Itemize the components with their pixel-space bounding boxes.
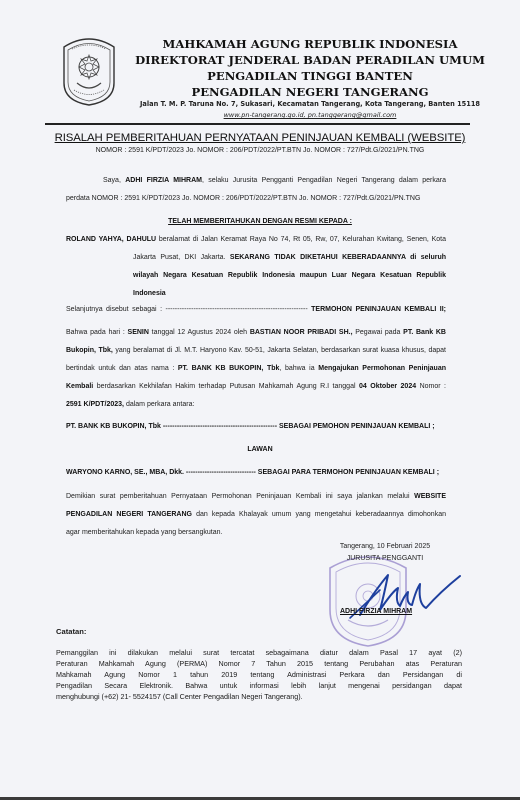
note-line-2: Peraturan Mahkamah Agung (PERMA) Nomor 7…: [56, 658, 462, 669]
body-line-1: Bahwa pada hari : SENIN tanggal 12 Agust…: [66, 324, 446, 342]
body-line-5: 2591 K/PDT/2023, dalam perkara antara:: [66, 396, 194, 414]
header-directorate: DIREKTORAT JENDERAL BADAN PERADILAN UMUM: [110, 53, 510, 67]
intro-line-1: Saya, ADHI FIRZIA MIHRAM, selaku Jurusit…: [103, 172, 446, 190]
document-title: RISALAH PEMBERITAHUAN PERNYATAAN PENINJA…: [0, 132, 520, 144]
signature-name: ADHI FIRZIA MIHRAM: [340, 606, 412, 617]
note-line-4: Pengadilan Secara Elektronik. Bahwa untu…: [56, 680, 462, 691]
body-line-3: bertindak untuk dan atas nama : PT. BANK…: [66, 360, 446, 378]
party-versus: LAWAN: [0, 441, 520, 459]
party-applicant: PT. BANK KB BUKOPIN, Tbk ---------------…: [66, 418, 446, 436]
notified-heading: TELAH MEMBERITAHUKAN DENGAN RESMI KEPADA…: [0, 213, 520, 231]
document-number: NOMOR : 2591 K/PDT/2023 Jo. NOMOR : 206/…: [0, 147, 520, 154]
header-address: Jalan T. M. P. Taruna No. 7, Sukasari, K…: [110, 100, 510, 108]
header-institution: MAHKAMAH AGUNG REPUBLIK INDONESIA: [110, 37, 510, 51]
note-line-5: menghubungi (+62) 21- 5524157 (Call Cent…: [56, 691, 303, 702]
document-page: MAHKAMAH AGUNG REPUBLIK INDONESIA DIREKT…: [0, 0, 520, 800]
recipient-name: ROLAND YAHYA, DAHULU: [66, 236, 156, 243]
note-heading: Catatan:: [56, 626, 86, 637]
header-web-link[interactable]: www.pn-tangerang.go.id, pn.tanggerang@gm…: [110, 111, 510, 119]
intro-line-2: perdata NOMOR : 2591 K/PDT/2023 Jo. NOMO…: [66, 190, 420, 208]
note-line-1: Pemanggilan ini dilakukan melalui surat …: [56, 647, 462, 658]
closing-line-3: agar memberitahukan kepada yang bersangk…: [66, 524, 222, 542]
signature-position: JURUSITA PENGGANTI: [320, 553, 450, 564]
note-line-3: Mahkamah Agung Nomor 1 tahun 2019 tentan…: [56, 669, 462, 680]
closing-line-1: Demikian surat pemberitahuan Pernyataan …: [66, 488, 446, 506]
recipient-line-1: ROLAND YAHYA, DAHULU beralamat di Jalan …: [66, 231, 446, 249]
header-divider: [45, 123, 470, 125]
signature-place-date: Tangerang, 10 Februari 2025: [320, 541, 450, 552]
recipient-line-2: Jakarta Pusat, DKI Jakarta. SEKARANG TID…: [133, 249, 446, 267]
header-high-court: PENGADILAN TINGGI BANTEN: [110, 69, 510, 83]
called-as-line: Selanjutnya disebut sebagai : ----------…: [66, 301, 446, 319]
bailiff-name: ADHI FIRZIA MIHRAM: [125, 177, 202, 184]
body-line-2: Bukopin, Tbk, yang beralamat di Jl. M.T.…: [66, 342, 446, 360]
closing-line-2: PENGADILAN NEGERI TANGERANG dan kepada K…: [66, 506, 446, 524]
header-district-court: PENGADILAN NEGERI TANGERANG: [110, 85, 510, 99]
body-line-4: Kembali berdasarkan Kekhilafan Hakim ter…: [66, 378, 446, 396]
party-respondent: WARYONO KARNO, SE., MBA, Dkk. ----------…: [66, 464, 446, 482]
recipient-line-3: wilayah Negara Kesatuan Republik Indones…: [133, 267, 446, 285]
